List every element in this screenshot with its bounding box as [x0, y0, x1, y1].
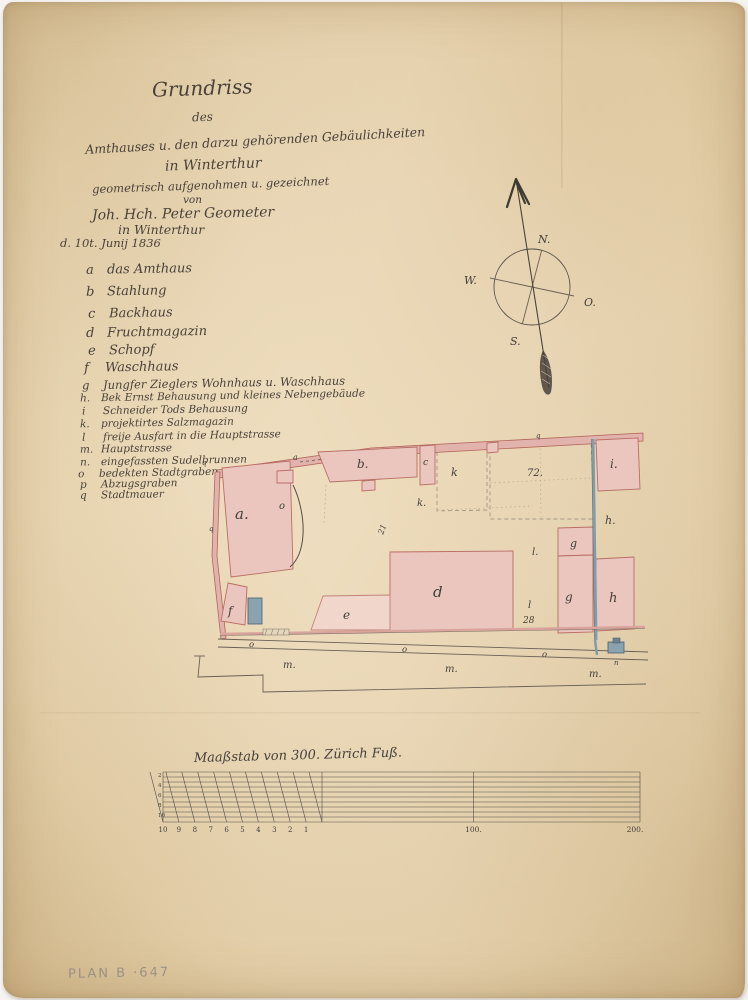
plan-label-court-h: h.: [605, 514, 616, 527]
plan-label-k-lower: k.: [417, 498, 426, 509]
water-basin-shape: [248, 598, 262, 624]
legend-item-e: eSchopf: [88, 342, 155, 358]
plan-label-dim-21: 21: [376, 523, 388, 537]
plan-label-stair-o: o: [279, 501, 285, 512]
plan-label-k-upper: k: [451, 466, 458, 479]
gate-hatched-shape: [263, 629, 289, 635]
site-plan: a. o a b. c k k. 72. i. h. g g h d e f l…: [193, 423, 663, 695]
svg-text:10: 10: [158, 813, 165, 819]
construction-line: [438, 506, 533, 510]
title-line-2: des: [192, 110, 213, 125]
svg-text:6: 6: [158, 793, 162, 799]
road-south-edge: [198, 656, 646, 692]
paper-crease-vertical: [561, 3, 563, 188]
compass-label-south: S.: [510, 335, 521, 348]
building-d-shape: [390, 551, 513, 631]
plan-label-building-b: b.: [357, 457, 369, 471]
scanned-plan-sheet: Grundriss des Amthauses u. den darzu geh…: [0, 0, 748, 1000]
moat-line-lower: [218, 647, 648, 660]
plan-label-building-a: a.: [235, 505, 249, 523]
compass-label-west: W.: [464, 274, 477, 287]
legend-item-m: m.Hauptstrasse: [80, 442, 172, 456]
channel-to-well: [595, 640, 597, 655]
projected-saltmagazine-outline: [437, 448, 487, 511]
building-g-large-shape: [558, 555, 593, 633]
scale-bar-title: Maaßstab von 300. Zürich Fuß.: [193, 746, 402, 766]
compass-rose: N. W. O. S.: [450, 163, 620, 408]
plan-label-l-lower: l: [528, 600, 531, 611]
plan-label-road-m-2: m.: [445, 664, 458, 675]
moat-line-upper: [218, 639, 648, 652]
construction-line: [540, 444, 541, 518]
plan-label-q-top: q: [536, 432, 541, 440]
plan-label-q-left-upper: q: [202, 459, 207, 467]
well-n-cap: [613, 638, 620, 643]
plan-label-g-small: g: [570, 537, 577, 550]
title-line-1: Grundriss: [152, 74, 253, 101]
plan-label-building-i: i.: [610, 457, 618, 471]
scale-bar-200-mark: 200.: [627, 825, 644, 834]
plan-label-g-large: g: [565, 590, 573, 604]
plan-label-moat-o-2: o: [402, 645, 407, 655]
compass-feather-icon: [540, 350, 552, 395]
wall-block-shape: [487, 442, 498, 453]
plan-label-road-m-1: m.: [283, 660, 296, 671]
plan-label-boundary-a: a: [293, 453, 298, 462]
legend-item-a: adas Amthaus: [86, 261, 192, 278]
construction-line: [324, 485, 326, 523]
plan-label-building-e: e: [343, 608, 350, 622]
compass-label-north: N.: [537, 233, 550, 246]
plan-label-building-d: d: [433, 583, 443, 601]
svg-text:4: 4: [256, 826, 261, 834]
title-line-8: in Winterthur: [118, 222, 204, 237]
plan-label-dim-72: 72.: [527, 468, 543, 479]
svg-text:2: 2: [288, 826, 292, 834]
plan-label-well-n: n: [614, 659, 619, 667]
legend-item-q: qStadtmauer: [80, 488, 164, 501]
title-line-4: in Winterthur: [165, 155, 262, 174]
building-f-shape: [221, 583, 247, 625]
legend-item-b: bStahlung: [86, 283, 167, 299]
svg-text:6: 6: [224, 826, 229, 834]
title-line-7: Joh. Hch. Peter Geometer: [92, 204, 274, 223]
scale-bar-grid: [163, 772, 640, 822]
svg-text:1: 1: [304, 826, 308, 834]
compass-north-south-line: [522, 250, 541, 324]
well-n-shape: [608, 642, 624, 653]
plan-label-road-m-3: m.: [589, 669, 602, 680]
archival-note: PLAN B ·647: [68, 965, 170, 982]
plan-label-q-left-lower: q: [209, 525, 214, 533]
plan-label-dim-28: 28: [522, 616, 535, 626]
title-line-6: von: [183, 194, 202, 206]
plan-label-building-c: c: [423, 457, 429, 468]
building-a-annex-shape: [277, 470, 293, 483]
svg-text:4: 4: [158, 783, 162, 789]
legend-item-f: fWaschhaus: [84, 359, 179, 376]
svg-text:5: 5: [240, 826, 244, 834]
svg-text:9: 9: [177, 826, 181, 834]
title-line-9: d. 10t. Junij 1836: [60, 236, 161, 250]
building-b-notch-shape: [362, 480, 375, 491]
building-e-shape: [311, 595, 390, 630]
paper-crease-horizontal: [40, 712, 700, 714]
svg-text:10: 10: [159, 826, 168, 834]
legend-item-c: cBackhaus: [88, 305, 173, 321]
scale-bar-unit-numbers: 10 9 8 7 6 5 4 3 2 1: [159, 826, 309, 834]
plan-label-building-h: h: [609, 591, 617, 606]
building-i-shape: [596, 438, 640, 491]
scale-bar-left-edge-numbers: 2 4 6 8 10: [158, 773, 165, 819]
scale-bar-100-mark: 100.: [465, 825, 482, 834]
svg-text:2: 2: [158, 773, 162, 779]
legend-item-d: dFruchtmagazin: [86, 324, 207, 341]
plan-label-moat-o-1: o: [249, 640, 254, 650]
plan-label-l-upper: l.: [532, 547, 538, 558]
svg-text:8: 8: [193, 826, 197, 834]
plan-label-moat-o-3: o: [542, 650, 547, 660]
svg-text:7: 7: [208, 826, 212, 834]
svg-text:8: 8: [158, 803, 162, 809]
scale-bar: Maaßstab von 300. Zürich Fuß. 10 9 8 7 6…: [158, 746, 650, 838]
compass-label-east: O.: [584, 296, 596, 309]
svg-text:3: 3: [272, 826, 276, 834]
